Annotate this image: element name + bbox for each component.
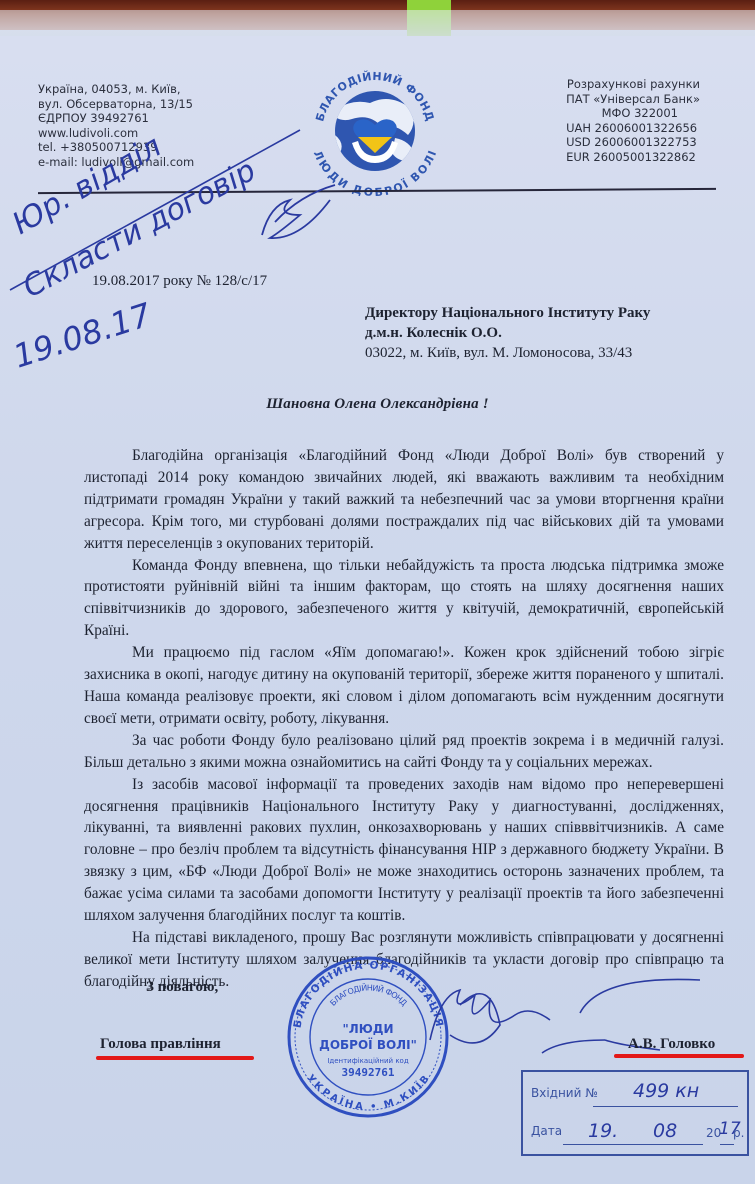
date-day: 19.	[588, 1120, 618, 1142]
paragraph: Із засобів масової інформації та проведе…	[84, 774, 724, 927]
incoming-number-label: Вхідний №	[531, 1086, 598, 1100]
contact-address: Україна, 04053, м. Київ,	[38, 82, 194, 97]
closing-regards: З повагою,	[146, 979, 218, 996]
foundation-logo: БЛАГОДІЙНИЙ ФОНД ЛЮДИ ДОБРОЇ ВОЛІ	[300, 53, 450, 203]
svg-text:"ЛЮДИ: "ЛЮДИ	[342, 1022, 393, 1036]
contact-street: вул. Обсерваторна, 13/15	[38, 97, 194, 112]
paragraph: Ми працюємо під гаслом «Яїм допомагаю!».…	[84, 642, 724, 730]
addressee-name: д.м.н. Колеснік О.О.	[365, 325, 502, 341]
svg-text:39492761: 39492761	[342, 1066, 395, 1079]
red-underline	[614, 1054, 744, 1058]
bank-title: Розрахункові рахунки	[566, 77, 700, 92]
svg-text:ДОБРОЇ ВОЛІ": ДОБРОЇ ВОЛІ"	[319, 1037, 417, 1052]
contact-email: e-mail: ludivoli@gmail.com	[38, 155, 194, 170]
bank-name: ПАТ «Універсал Банк»	[566, 92, 700, 107]
contact-edrpou: ЄДРПОУ 39492761	[38, 111, 194, 126]
date-line	[563, 1144, 703, 1145]
incoming-number-value: 499 кн	[633, 1080, 699, 1102]
account-eur: EUR 26005001322862	[566, 150, 700, 165]
paragraph: Благодійна організація «Благодійний Фонд…	[84, 445, 724, 555]
date-month: 08	[653, 1120, 677, 1142]
contact-phone: tel. +380500712939	[38, 140, 194, 155]
addressee-block: Директору Національного Інституту Раку д…	[365, 303, 650, 363]
date-label: Дата	[531, 1124, 562, 1138]
red-underline	[96, 1056, 254, 1060]
reference-number: 19.08.2017 року № 128/с/17	[92, 273, 267, 290]
year-unit: р.	[733, 1126, 744, 1140]
addressee-title: Директору Національного Інституту Раку	[365, 305, 650, 321]
account-usd: USD 26006001322753	[566, 135, 700, 150]
bank-mfo: МФО 322001	[566, 106, 700, 121]
paragraph: За час роботи Фонду було реалізовано ціл…	[84, 730, 724, 774]
letterhead-contacts: Україна, 04053, м. Київ, вул. Обсерватор…	[38, 82, 194, 170]
registration-stamp: Вхідний № 499 кн Дата 19. 08 20 17 р.	[521, 1070, 749, 1156]
account-uah: UAH 26006001322656	[566, 121, 700, 136]
paragraph: Команда Фонду впевнена, що тільки небайд…	[84, 555, 724, 643]
salutation: Шановна Олена Олександрівна !	[0, 396, 755, 413]
signer-position: Голова правління	[100, 1036, 221, 1053]
incoming-number-line	[593, 1106, 738, 1107]
letter-body: Благодійна організація «Благодійний Фонд…	[84, 445, 724, 993]
svg-text:Ідентифікаційний код: Ідентифікаційний код	[327, 1057, 409, 1065]
signer-name: А.В. Головко	[628, 1036, 715, 1053]
year-line	[720, 1144, 734, 1145]
bank-details: Розрахункові рахунки ПАТ «Універсал Банк…	[566, 77, 700, 165]
contact-website: www.ludivoli.com	[38, 126, 194, 141]
addressee-address: 03022, м. Київ, вул. М. Ломоносова, 33/4…	[365, 343, 650, 363]
